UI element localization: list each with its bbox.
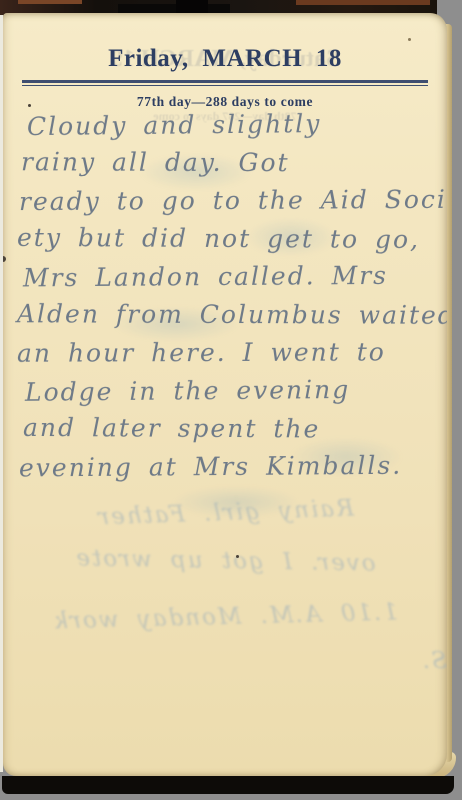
- diary-entry-line: and later spent the: [23, 413, 437, 453]
- diary-entry-line: rainy all day. Got: [21, 147, 437, 186]
- bleedthrough-line: S.: [3, 648, 447, 674]
- paper-speck: [28, 104, 31, 107]
- divider-rule-thick: [22, 80, 428, 83]
- divider-rule-thin: [22, 85, 428, 86]
- scanned-diary-photo: Saturday, MARCH 19 Friday, MARCH 18 77th…: [0, 0, 462, 800]
- diary-entry-line: Cloudy and slightly: [27, 108, 437, 150]
- diary-entry-line: ety but did not get to go,: [17, 223, 437, 263]
- diary-entry-line: Alden from Columbus waited: [17, 299, 437, 338]
- bleedthrough-line: over. I got up wrote: [3, 544, 447, 578]
- bleedthrough-handwriting: Rainy girl. Father over. I got up wrote …: [3, 500, 447, 700]
- paper-speck: [3, 256, 6, 262]
- binding-wear-patch: [18, 0, 82, 4]
- diary-page: Saturday, MARCH 19 Friday, MARCH 18 77th…: [3, 13, 447, 776]
- header-divider: [22, 80, 428, 86]
- diary-entry-line: evening at Mrs Kimballs.: [19, 451, 437, 492]
- paper-speck: [236, 555, 239, 558]
- book-cover-bottom: [2, 776, 454, 794]
- paper-speck: [408, 38, 411, 41]
- diary-entry-line: Mrs Landon called. Mrs: [23, 261, 437, 302]
- diary-entry-handwriting: Cloudy and slightly rainy all day. Got r…: [17, 110, 437, 490]
- diary-entry-line: an hour here. I went to: [17, 337, 437, 376]
- binding-wear-patch: [296, 0, 430, 5]
- bleedthrough-line: 1.10 A.M. Monday work: [3, 598, 447, 636]
- page-date-title: Friday, MARCH 18: [3, 45, 447, 73]
- diary-entry-line: Lodge in the evening: [25, 374, 437, 416]
- day-count-label: 77th day—288 days to come: [3, 94, 447, 110]
- diary-entry-line: ready to go to the Aid Soci-: [19, 185, 437, 225]
